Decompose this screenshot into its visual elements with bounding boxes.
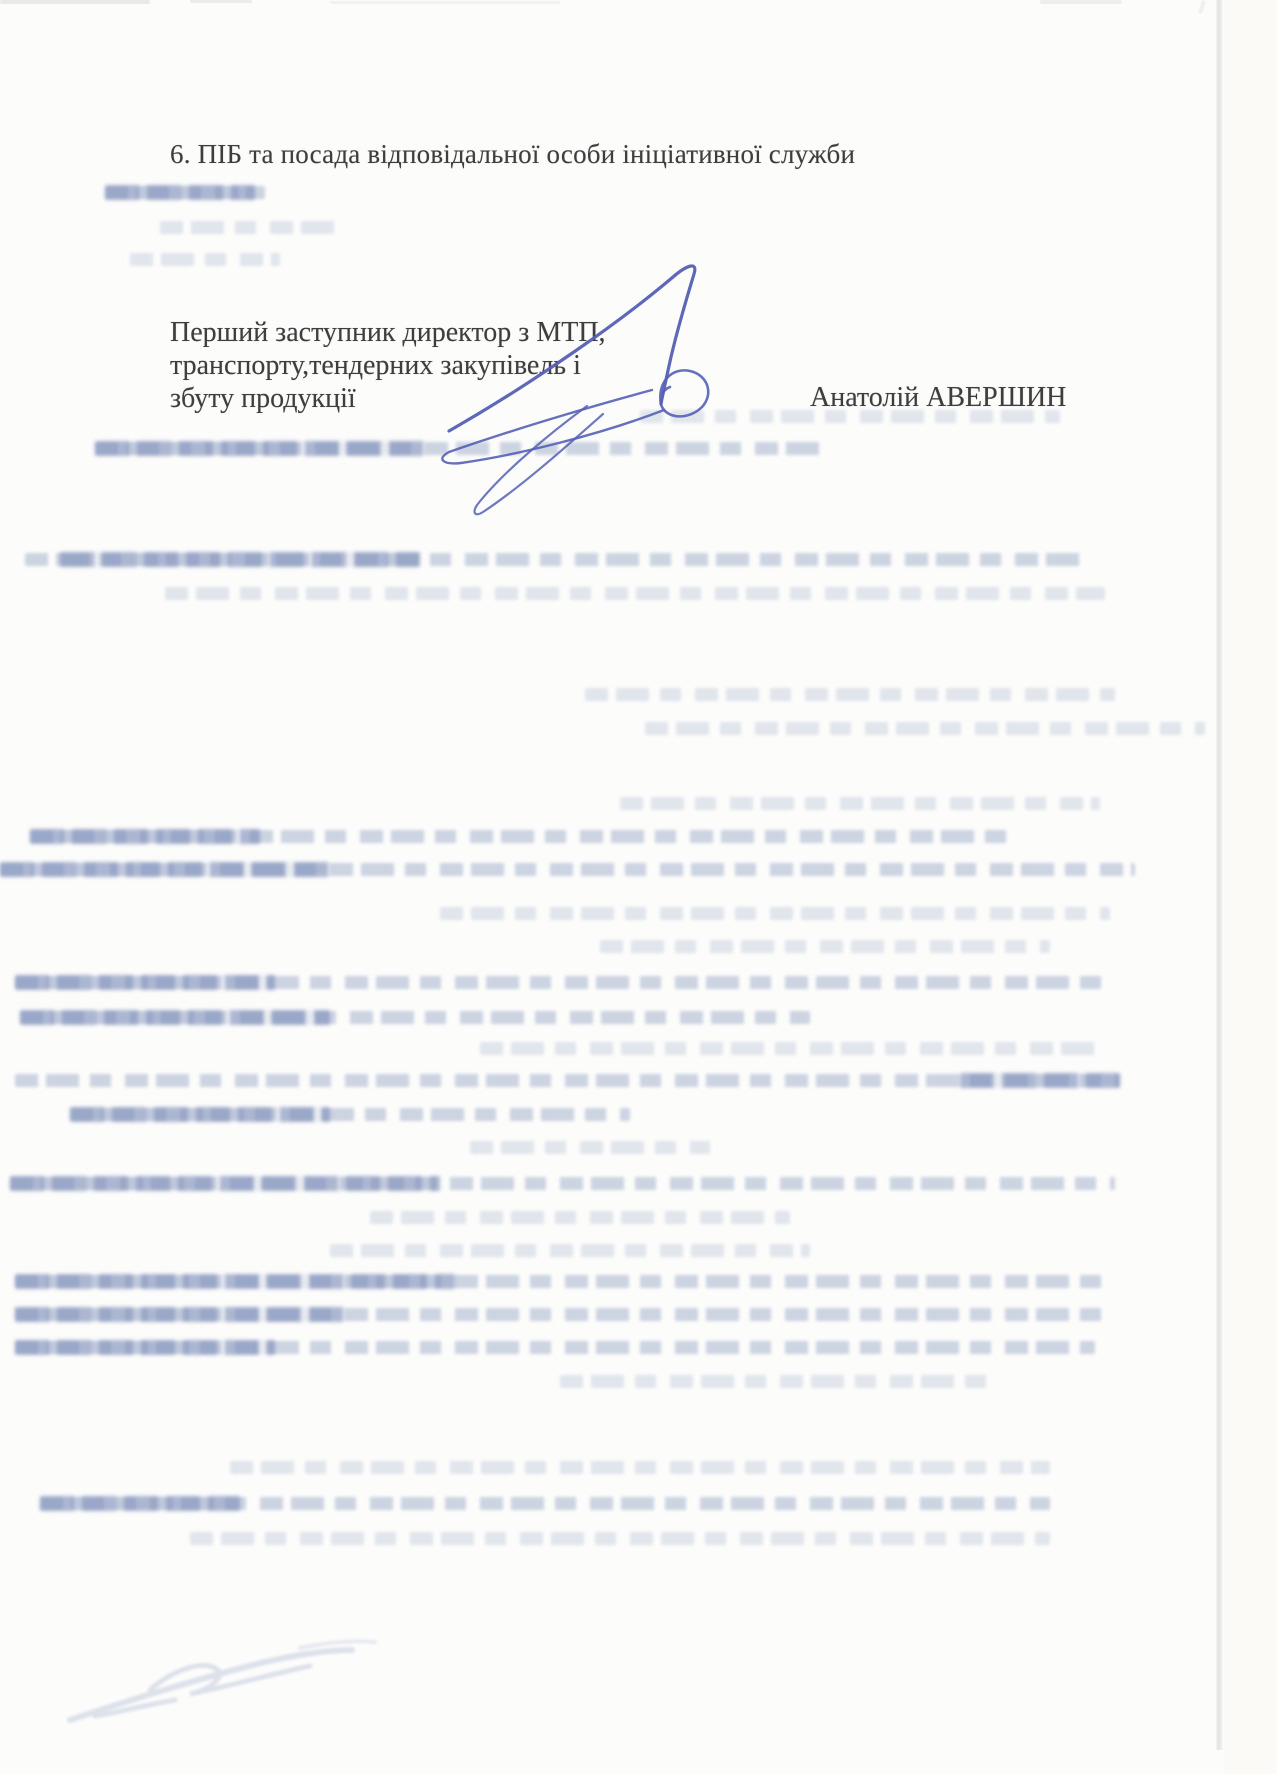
bleed-through-signature (0, 0, 520, 1774)
scan-artifact (1040, 0, 1122, 4)
bleed-through-line (620, 797, 1100, 810)
bleed-through-line (560, 1375, 990, 1388)
bleed-through-line (440, 907, 1110, 920)
bleed-through-line (645, 722, 1205, 735)
bleed-through-line (480, 1042, 1100, 1055)
scanned-document-page: 6. ПІБ та посада відповідальної особи ін… (0, 0, 1277, 1774)
bleed-through-line (585, 688, 1115, 701)
bleed-through-line (600, 940, 1050, 953)
scan-fold-line (1216, 0, 1223, 1750)
bleed-through-dark-chunk (960, 1073, 1120, 1088)
signatory-name: Анатолій АВЕРШИН (810, 382, 1066, 414)
scan-edge-strip (1224, 0, 1277, 1774)
scan-artifact (1198, 0, 1206, 14)
